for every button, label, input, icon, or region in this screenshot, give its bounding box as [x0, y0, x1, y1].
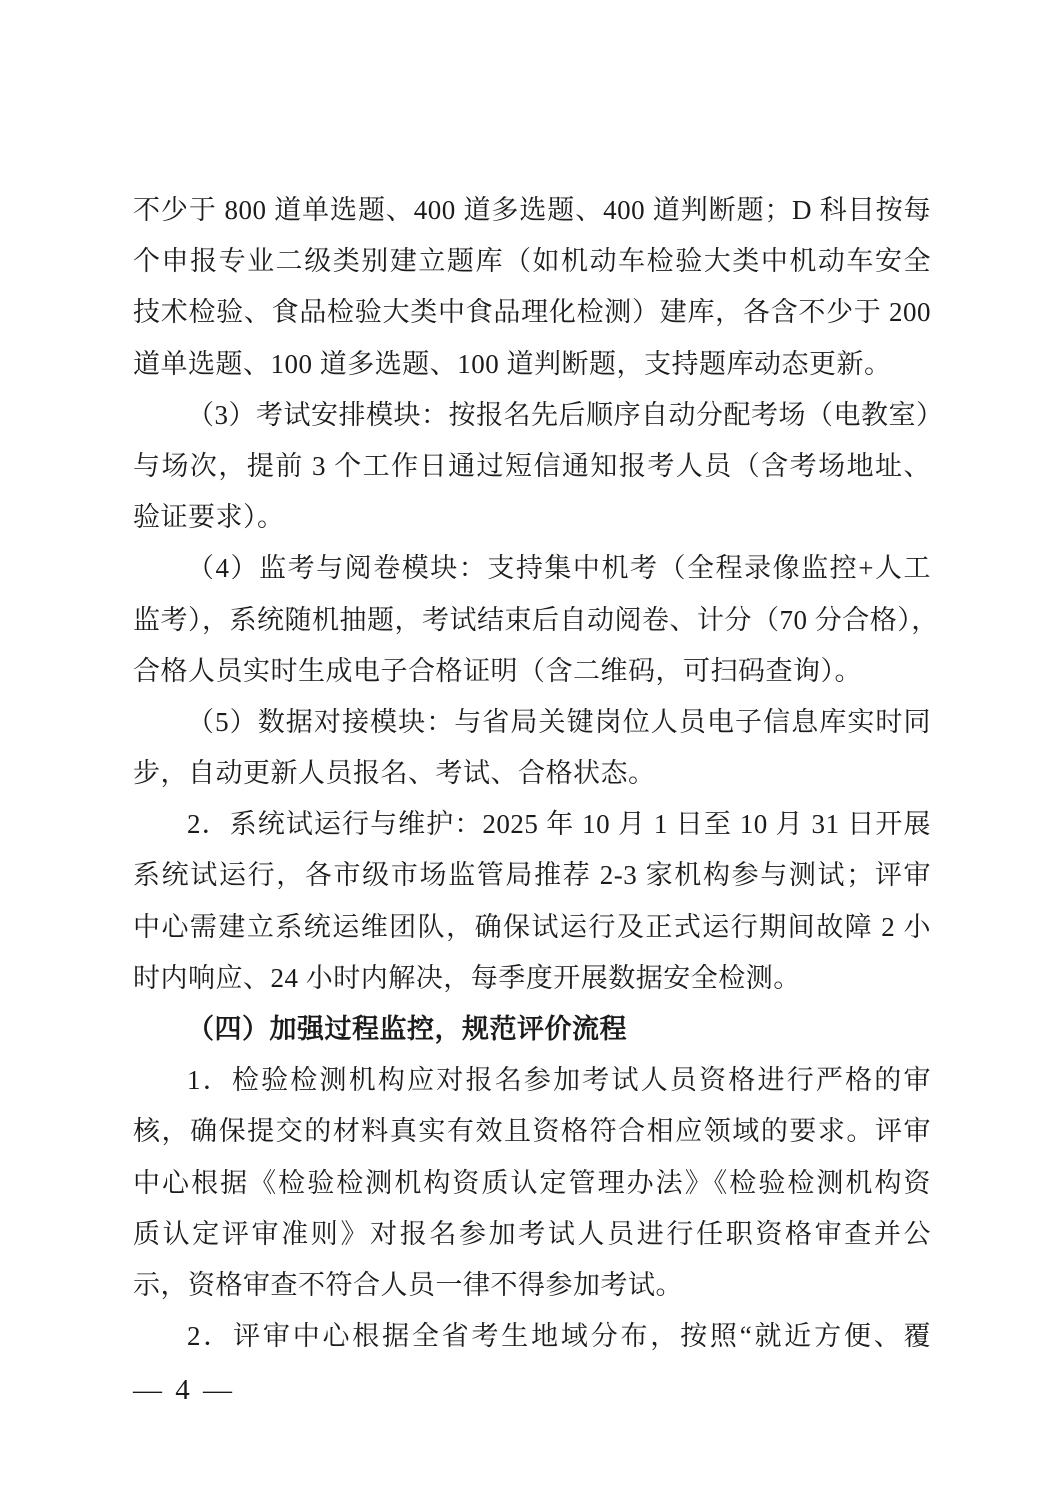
- text-line: 质认定评审准则》对报名参加考试人员进行任职资格审查并公: [133, 1209, 931, 1260]
- text-line: 2．评审中心根据全省考生地域分布，按照“就近方便、覆: [133, 1311, 931, 1362]
- text-line: 不少于 800 道单选题、400 道多选题、400 道判断题；D 科目按每: [133, 185, 931, 236]
- text-line: 道单选题、100 道多选题、100 道判断题，支持题库动态更新。: [133, 339, 931, 390]
- text-line: （4）监考与阅卷模块：支持集中机考（全程录像监控+人工: [133, 543, 931, 594]
- text-line: 技术检验、食品检验大类中食品理化检测）建库，各含不少于 200: [133, 287, 931, 338]
- text-line: 核，确保提交的材料真实有效且资格符合相应领域的要求。评审: [133, 1106, 931, 1157]
- text-line: 验证要求）。: [133, 492, 931, 543]
- text-line: 与场次，提前 3 个工作日通过短信通知报考人员（含考场地址、: [133, 441, 931, 492]
- text-line: 中心需建立系统运维团队，确保试运行及正式运行期间故障 2 小: [133, 902, 931, 953]
- section-heading-line: （四）加强过程监控，规范评价流程: [133, 1004, 931, 1055]
- document-page: 不少于 800 道单选题、400 道多选题、400 道判断题；D 科目按每个申报…: [0, 0, 1061, 1500]
- text-line: 合格人员实时生成电子合格证明（含二维码，可扫码查询）。: [133, 646, 931, 697]
- text-line: 监考），系统随机抽题，考试结束后自动阅卷、计分（70 分合格），: [133, 595, 931, 646]
- text-line: 个申报专业二级类别建立题库（如机动车检验大类中机动车安全: [133, 236, 931, 287]
- text-line: 2．系统试运行与维护：2025 年 10 月 1 日至 10 月 31 日开展: [133, 799, 931, 850]
- text-line: 示，资格审查不符合人员一律不得参加考试。: [133, 1260, 931, 1311]
- document-body: 不少于 800 道单选题、400 道多选题、400 道判断题；D 科目按每个申报…: [133, 185, 931, 1362]
- text-line: 步，自动更新人员报名、考试、合格状态。: [133, 748, 931, 799]
- text-line: （5）数据对接模块：与省局关键岗位人员电子信息库实时同: [133, 697, 931, 748]
- text-line: 1．检验检测机构应对报名参加考试人员资格进行严格的审: [133, 1055, 931, 1106]
- page-number-footer: — 4 —: [133, 1368, 235, 1412]
- text-line: 系统试运行，各市级市场监管局推荐 2-3 家机构参与测试；评审: [133, 850, 931, 901]
- text-line: 时内响应、24 小时内解决，每季度开展数据安全检测。: [133, 953, 931, 1004]
- text-line: 中心根据《检验检测机构资质认定管理办法》《检验检测机构资: [133, 1158, 931, 1209]
- text-line: （3）考试安排模块：按报名先后顺序自动分配考场（电教室）: [133, 390, 931, 441]
